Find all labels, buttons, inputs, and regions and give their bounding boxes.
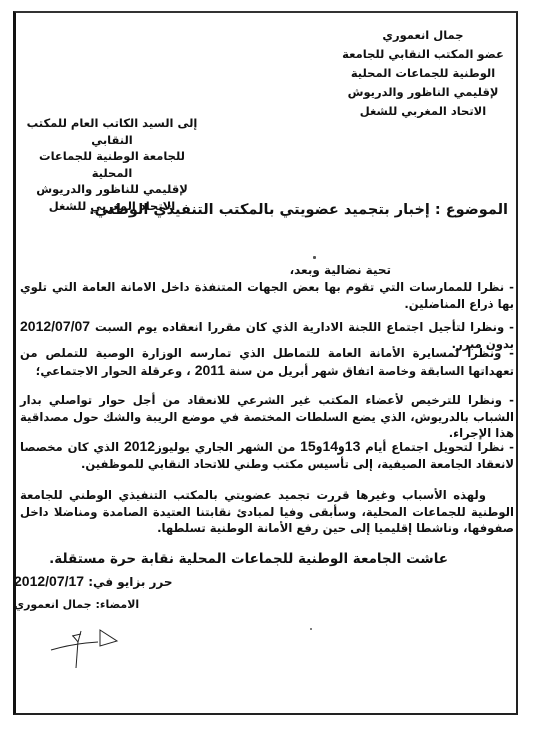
body-paragraph: - ونظرا لمسايرة الأمانة العامة للتماطل ا… — [20, 345, 514, 379]
date-value: 2012/07/17 — [14, 573, 84, 589]
date-line: حرر بزايو في: 2012/07/17 — [14, 573, 173, 589]
recipient-line: إلى السيد الكاتب العام للمكتب النقابي — [22, 115, 202, 148]
paragraph-text: من الشهر الجاري يوليوز — [155, 440, 300, 454]
year-value: 2012 — [124, 438, 155, 454]
recipient-line: للجامعة الوطنية للجماعات المحلية — [22, 148, 202, 181]
signature-label: الامضاء: — [92, 598, 140, 611]
recipient-line: لإقليمي للناظور والدريوش — [22, 181, 202, 198]
handwritten-signature-icon — [48, 628, 123, 678]
date-label: حرر بزايو في: — [84, 575, 172, 589]
signature-line: الامضاء: جمال انعموري — [14, 598, 139, 611]
sender-title-line: عضو المكتب النقابي للجامعة — [338, 45, 508, 64]
signatory-name: جمال انعموري — [14, 598, 92, 611]
greeting: تحية نضالية وبعد، — [290, 263, 391, 277]
subject-line: الموضوع : إخبار بتجميد عضويتي بالمكتب ال… — [89, 202, 508, 218]
sender-title-line: الاتحاد المغربي للشغل — [338, 102, 508, 121]
sender-title-line: الوطنية للجماعات المحلية — [338, 64, 508, 83]
year-value: 2011 — [195, 362, 225, 378]
conclusion-paragraph: ولهذه الأسباب وغيرها قررت تجميد عضويتي ب… — [20, 487, 514, 537]
scan-speck — [310, 628, 312, 630]
body-paragraph: - ونظرا للترخيص لأعضاء المكتب غير الشرعي… — [20, 392, 514, 442]
body-paragraph: - نظرا لتحويل اجتماع أيام 13و14و15 من ال… — [20, 438, 514, 472]
closing-slogan: عاشت الجامعة الوطنية للجماعات المحلية نق… — [49, 551, 448, 567]
days-value: 13و14و15 — [300, 438, 360, 454]
paragraph-text: - نظرا لتحويل اجتماع أيام — [360, 440, 514, 454]
scan-speck — [313, 256, 316, 259]
body-paragraph: - نظرا للممارسات التي تقوم بها بعض الجها… — [20, 279, 514, 312]
sender-title-line: لإقليمي الناظور والدريوش — [338, 83, 508, 102]
sender-block: جمال انعموري عضو المكتب النقابي للجامعة … — [338, 26, 508, 121]
recipient-block: إلى السيد الكاتب العام للمكتب النقابي لل… — [22, 115, 202, 214]
date-value: 2012/07/07 — [20, 318, 90, 334]
paragraph-text: - ونظرا لتأجيل اجتماع اللجنة الادارية ال… — [90, 320, 514, 334]
sender-name: جمال انعموري — [338, 26, 508, 45]
paragraph-text: ، وعرقلة الحوار الاجتماعي؛ — [36, 364, 195, 378]
